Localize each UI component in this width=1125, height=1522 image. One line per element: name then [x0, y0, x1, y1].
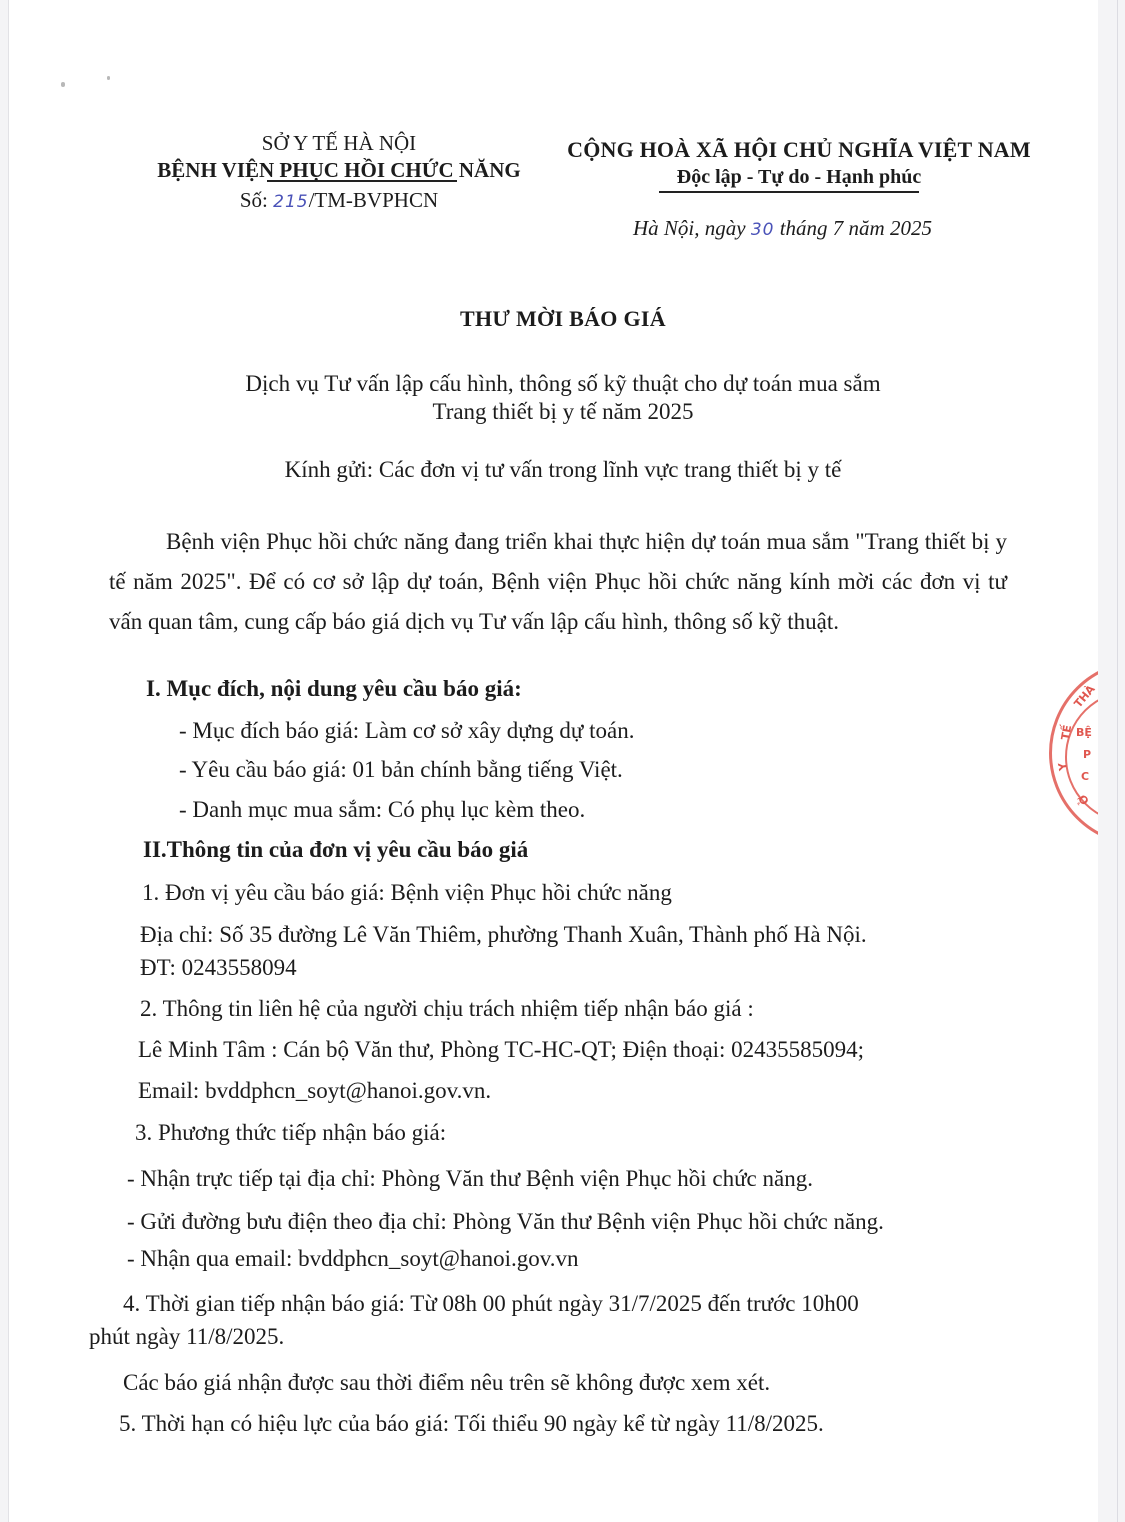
document-date: Hà Nội, ngày 30 tháng 7 năm 2025 [633, 216, 932, 241]
national-motto: Độc lập - Tự do - Hạnh phúc [554, 164, 1044, 190]
section-2-line: ĐT: 0243558094 [140, 955, 297, 981]
stamp-text: C [1081, 770, 1089, 783]
section-2-line: 3. Phương thức tiếp nhận báo giá: [135, 1120, 446, 1146]
section-2-line: 5. Thời hạn có hiệu lực của báo giá: Tối… [119, 1411, 824, 1437]
page-edge [1098, 0, 1118, 1522]
section-1-item: - Yêu cầu báo giá: 01 bản chính bằng tiế… [179, 757, 623, 783]
date-prefix: Hà Nội, ngày [633, 216, 751, 240]
date-suffix: tháng 7 năm 2025 [774, 216, 932, 240]
section-1-heading: I. Mục đích, nội dung yêu cầu báo giá: [146, 676, 522, 702]
document-subtitle: Dịch vụ Tư vấn lập cấu hình, thông số kỹ… [9, 370, 1117, 426]
section-2-line: 4. Thời gian tiếp nhận báo giá: Từ 08h 0… [123, 1291, 859, 1317]
recipient-line: Kính gửi: Các đơn vị tư vấn trong lĩnh v… [9, 457, 1117, 483]
scan-speck [107, 76, 110, 80]
country-name: CỘNG HOÀ XÃ HỘI CHỦ NGHĨA VIỆT NAM [554, 136, 1044, 164]
section-2-line: Email: bvddphcn_soyt@hanoi.gov.vn. [138, 1078, 491, 1104]
section-1-item: - Mục đích báo giá: Làm cơ sở xây dựng d… [179, 718, 635, 744]
agency-name: SỞ Y TẾ HÀ NỘI [129, 130, 549, 157]
subtitle-line-1: Dịch vụ Tư vấn lập cấu hình, thông số kỹ… [9, 370, 1117, 398]
section-2-line: - Gửi đường bưu điện theo địa chỉ: Phòng… [127, 1209, 884, 1235]
issuing-agency-block: SỞ Y TẾ HÀ NỘI BỆNH VIỆN PHỤC HỒI CHỨC N… [129, 130, 549, 218]
section-2-line: Lê Minh Tâm : Cán bộ Văn thư, Phòng TC-H… [138, 1037, 864, 1063]
stamp-text: P [1083, 748, 1091, 761]
section-1-item: - Danh mục mua sắm: Có phụ lục kèm theo. [179, 797, 585, 823]
section-2-line: - Nhận trực tiếp tại địa chỉ: Phòng Văn … [127, 1166, 813, 1192]
section-2-line: Các báo giá nhận được sau thời điểm nêu … [123, 1370, 770, 1396]
section-2-line: Địa chỉ: Số 35 đường Lê Văn Thiêm, phườn… [140, 922, 867, 948]
doc-number-handwritten: 215 [273, 192, 308, 212]
doc-number-label: Số: [240, 188, 273, 212]
document-number: Số: 215/TM-BVPHCN [129, 184, 549, 218]
intro-paragraph: Bệnh viện Phục hồi chức năng đang triển … [109, 522, 1007, 642]
section-2-line: 2. Thông tin liên hệ của người chịu trác… [140, 996, 754, 1022]
scan-speck [61, 82, 65, 87]
section-2-line: phút ngày 11/8/2025. [89, 1324, 284, 1350]
organization-underline [267, 180, 457, 182]
doc-number-code: /TM-BVPHCN [309, 188, 439, 212]
motto-underline [659, 191, 919, 193]
section-2-line: 1. Đơn vị yêu cầu báo giá: Bệnh viện Phụ… [142, 880, 672, 906]
section-2-heading: II.Thông tin của đơn vị yêu cầu báo giá [143, 837, 528, 863]
stamp-text: BỆ [1076, 726, 1092, 739]
subtitle-line-2: Trang thiết bị y tế năm 2025 [9, 398, 1117, 426]
date-day-handwritten: 30 [751, 220, 775, 240]
document-page: SỞ Y TẾ HÀ NỘI BỆNH VIỆN PHỤC HỒI CHỨC N… [8, 0, 1118, 1522]
document-title: THƯ MỜI BÁO GIÁ [9, 306, 1117, 332]
stamp-text: TẾ [1059, 724, 1074, 741]
national-header-block: CỘNG HOÀ XÃ HỘI CHỦ NGHĨA VIỆT NAM Độc l… [554, 136, 1044, 190]
section-2-line: - Nhận qua email: bvddphcn_soyt@hanoi.go… [127, 1246, 579, 1272]
